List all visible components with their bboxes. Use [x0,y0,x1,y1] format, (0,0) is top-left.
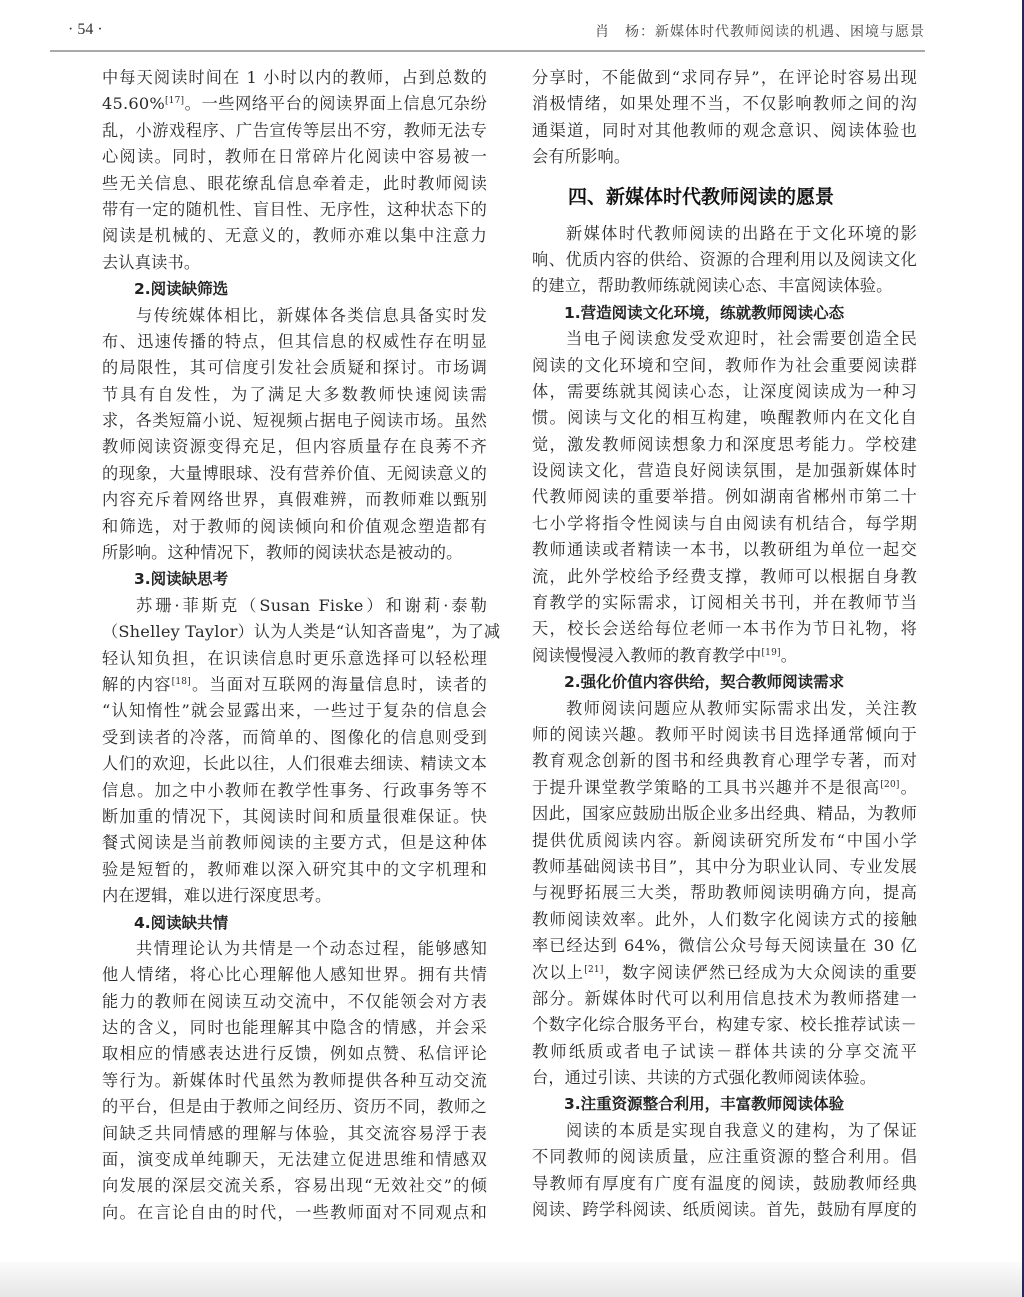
text-line: 当电子阅读愈发受欢迎时，社会需要创造全民 [532,326,917,352]
text-line: 些无关信息、眼花缭乱信息牵着走，此时教师阅读 [102,171,487,197]
text-line: 设阅读文化，营造良好阅读氛围，是加强新媒体时 [532,458,917,484]
right-column: 分享时，不能做到“求同存异”，在评论时容易出现 消极情绪，如果处理不当，不仅影响… [532,65,917,1223]
text-line: 率已经达到 64%，微信公众号每天阅读量在 30 亿 [532,933,917,959]
text-line: 的建立，帮助教师练就阅读心态、丰富阅读体验。 [532,273,917,299]
text-line: 内容充斥着网络世界，真假难辨，而教师难以甄别 [102,487,487,513]
text-line: 阅读的文化环境和空间，教师作为社会重要阅读群 [532,353,917,379]
text-line: 与视野拓展三大类，帮助教师阅读明确方向，提高 [532,880,917,906]
text-line: 达的含义，同时也能理解其中隐含的情感，并会采 [102,1015,487,1041]
subheading-1: 1.营造阅读文化环境，练就教师阅读心态 [532,300,917,326]
text-line: 教师阅读资源变得充足，但内容质量存在良莠不齐 [102,434,487,460]
text-line: 中每天阅读时间在 1 小时以内的教师，占到总数的 [102,65,487,91]
subheading-4: 4.阅读缺共情 [102,910,487,936]
subheading-2: 2.强化价值内容供给，契合教师阅读需求 [532,669,917,695]
text-line: 的平台，但是由于教师之间经历、资历不同，教师之 [102,1094,487,1120]
citation[interactable]: [18] [172,677,191,687]
text-line: 他人情绪，将心比心理解他人感知世界。拥有共情 [102,962,487,988]
text-line: 向发展的深层交流关系，容易出现“无效社交”的倾 [102,1173,487,1199]
text-line: 不同教师的阅读质量，应注重资源的整合利用。倡 [532,1144,917,1170]
text-line: 次以上[21]，数字阅读俨然已经成为大众阅读的重要 [532,960,917,986]
text-line: 取相应的情感表达进行反馈，例如点赞、私信评论 [102,1041,487,1067]
text-line: 能力的教师在阅读互动交流中，不仅能领会对方表 [102,989,487,1015]
text-line: 体，需要练就其阅读心态，让深度阅读成为一种习 [532,379,917,405]
header-rule [50,50,925,52]
text-line: “认知惰性”就会显露出来，一些过于复杂的信息会 [102,698,487,724]
section-title: 四、新媒体时代教师阅读的愿景 [532,171,917,221]
text-line: 于提升课堂教学策略的工具书兴趣并不是很高[20]。 [532,775,917,801]
citation[interactable]: [17] [165,96,184,106]
citation[interactable]: [19] [761,648,780,658]
text-line: 阅读是机械的、无意义的，教师亦难以集中注意力 [102,223,487,249]
text-line: 等行为。新媒体时代虽然为教师提供各种互动交流 [102,1068,487,1094]
text-line: 个数字化综合服务平台，构建专家、校长推荐试读－ [532,1012,917,1038]
left-column: 中每天阅读时间在 1 小时以内的教师，占到总数的 45.60%[17]。一些网络… [102,65,487,1226]
text-line: 与传统媒体相比，新媒体各类信息具备实时发 [102,303,487,329]
text-line: 布、迅速传播的特点，但其信息的权威性存在明显 [102,329,487,355]
text-line: 去认真读书。 [102,250,487,276]
text-line: 信息。加之中小教师在教学性事务、行政事务等不 [102,778,487,804]
text-line: 教师阅读问题应从教师实际需求出发，关注教 [532,696,917,722]
text-line: 导教师有厚度有广度有温度的阅读，鼓励教师经典 [532,1171,917,1197]
citation[interactable]: [20] [880,780,899,790]
text-line: 提供优质阅读内容。新阅读研究所发布“中国小学 [532,828,917,854]
text-line: 阅读的本质是实现自我意义的建构，为了保证 [532,1118,917,1144]
text-line: 教师通读或者精读一本书，以教研组为单位一起交 [532,537,917,563]
subheading-3: 3.注重资源整合利用，丰富教师阅读体验 [532,1091,917,1117]
text-line: 代教师阅读的重要举措。例如湖南省郴州市第二十 [532,484,917,510]
text-line: 通渠道，同时对其他教师的观念意识、阅读体验也 [532,118,917,144]
text-line: 共情理论认为共情是一个动态过程，能够感知 [102,936,487,962]
text-line: 餐式阅读是当前教师阅读的主要方式，但是这种体 [102,830,487,856]
text-line: 流，此外学校给予经费支撑，教师可以根据自身教 [532,564,917,590]
text-line: 带有一定的随机性、盲目性、无序性，这种状态下的 [102,197,487,223]
text-line: 阅读慢慢浸入教师的教育教学中[19]。 [532,643,917,669]
text-line: 部分。新媒体时代可以利用信息技术为教师搭建一 [532,986,917,1012]
subheading-3: 3.阅读缺思考 [102,566,487,592]
text-line: 所影响。这种情况下，教师的阅读状态是被动的。 [102,540,487,566]
text-line: 教师阅读效率。此外，人们数字化阅读方式的接触 [532,907,917,933]
text-line: 向。在言论自由的时代，一些教师面对不同观点和 [102,1200,487,1226]
page-header: · 54 · 肖 杨：新媒体时代教师阅读的机遇、困境与愿景 [50,16,925,44]
text-line: 天，校长会送给每位老师一本书作为节日礼物，将 [532,616,917,642]
text-line: 阅读、跨学科阅读、纸质阅读。首先，鼓励有厚度的 [532,1197,917,1223]
text-line: 觉，激发教师阅读想象力和深度思考能力。学校建 [532,432,917,458]
text-line: 新媒体时代教师阅读的出路在于文化环境的影 [532,221,917,247]
running-title: 肖 杨：新媒体时代教师阅读的机遇、困境与愿景 [595,21,925,41]
subheading-2: 2.阅读缺筛选 [102,276,487,302]
text-line: 节具有自发性，为了满足大多数教师快速阅读需 [102,382,487,408]
text-line: 人们的欢迎，长此以往，人们很难去细读、精读文本 [102,751,487,777]
page-bottom-shadow [0,1262,1022,1297]
text-line: 间缺乏共同情感的理解与体验，其交流容易浮于表 [102,1121,487,1147]
text-line: 七小学将指令性阅读与自由阅读有机结合，每学期 [532,511,917,537]
text-line: （Shelley Taylor）认为人类是“认知吝啬鬼”，为了减 [102,619,487,645]
text-line: 苏珊·菲斯克（Susan Fiske）和谢莉·泰勒 [102,593,487,619]
text-line: 45.60%[17]。一些网络平台的阅读界面上信息冗杂纷 [102,91,487,117]
text-line: 因此，国家应鼓励出版企业多出经典、精品，为教师 [532,801,917,827]
citation[interactable]: [21] [584,965,603,975]
text-line: 轻认知负担，在识读信息时更乐意选择可以轻松理 [102,646,487,672]
text-line: 面，演变成单纯聊天，无法建立促进思维和情感双 [102,1147,487,1173]
text-line: 心阅读。同时，教师在日常碎片化阅读中容易被一 [102,144,487,170]
page-number: · 54 · [68,21,103,39]
text-line: 乱，小游戏程序、广告宣传等层出不穷，教师无法专 [102,118,487,144]
text-line: 解的内容[18]。当面对互联网的海量信息时，读者的 [102,672,487,698]
text-line: 教师纸质或者电子试读－群体共读的分享交流平 [532,1039,917,1065]
text-line: 教育观念创新的图书和经典教育心理学专著，而对 [532,748,917,774]
text-line: 和筛选，对于教师的阅读倾向和价值观念塑造都有 [102,514,487,540]
text-line: 断加重的情况下，其阅读时间和质量很难保证。快 [102,804,487,830]
text-line: 受到读者的冷落，而简单的、图像化的信息则受到 [102,725,487,751]
text-line: 的局限性，其可信度引发社会质疑和探讨。市场调 [102,355,487,381]
text-line: 内在逻辑，难以进行深度思考。 [102,883,487,909]
text-line: 消极情绪，如果处理不当，不仅影响教师之间的沟 [532,91,917,117]
text-line: 的现象，大量博眼球、没有营养价值、无阅读意义的 [102,461,487,487]
text-line: 师的阅读兴趣。教师平时阅读书目选择通常倾向于 [532,722,917,748]
text-line: 分享时，不能做到“求同存异”，在评论时容易出现 [532,65,917,91]
text-line: 响、优质内容的供给、资源的合理利用以及阅读文化 [532,247,917,273]
text-line: 惯。阅读与文化的相互构建，唤醒教师内在文化自 [532,405,917,431]
text-line: 台，通过引读、共读的方式强化教师阅读体验。 [532,1065,917,1091]
text-line: 验是短暂的，教师难以深入研究其中的文字机理和 [102,857,487,883]
text-line: 教师基础阅读书目”，其中分为职业认同、专业发展 [532,854,917,880]
text-line: 育教学的实际需求，订阅相关书刊，并在教师节当 [532,590,917,616]
text-line: 会有所影响。 [532,144,917,170]
text-line: 求，各类短篇小说、短视频占据电子阅读市场。虽然 [102,408,487,434]
